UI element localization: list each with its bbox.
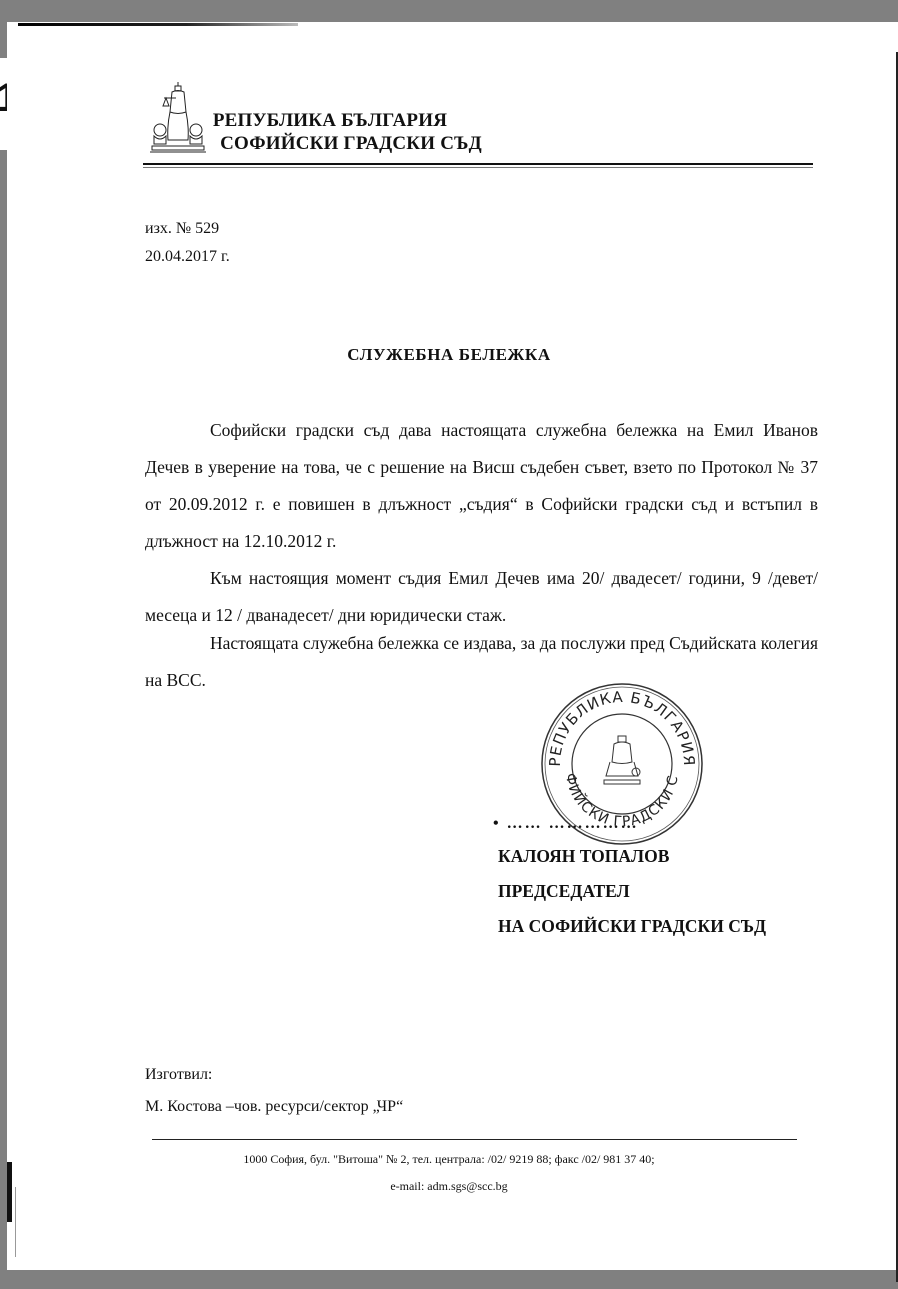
signatory-position: ПРЕДСЕДАТЕЛ	[498, 881, 630, 902]
letterhead-court: СОФИЙСКИ ГРАДСКИ СЪД	[110, 133, 592, 155]
scan-artifact-line	[15, 1187, 16, 1257]
scan-artifact-stroke	[18, 23, 298, 26]
signatory-organization: НА СОФИЙСКИ ГРАДСКИ СЪД	[498, 916, 766, 937]
prepared-by-label: Изготвил:	[145, 1066, 212, 1084]
prepared-by-person: М. Костова –чов. ресурси/сектор „ЧР“	[145, 1098, 403, 1116]
paragraph-text: Към настоящия момент съдия Емил Дечев им…	[145, 560, 818, 634]
footer-address: 1000 София, бул. "Витоша" № 2, тел. цент…	[0, 1152, 898, 1167]
svg-text:РЕПУБЛИКА БЪЛГАРИЯ: РЕПУБЛИКА БЪЛГАРИЯ	[546, 688, 698, 767]
document-title: СЛУЖЕБНА БЕЛЕЖКА	[0, 345, 898, 365]
document-date: 20.04.2017 г.	[145, 248, 230, 266]
body-paragraph-1: Софийски градски съд дава настоящата слу…	[145, 412, 818, 560]
paragraph-text: Настоящата служебна бележка се издава, з…	[145, 625, 818, 699]
footer-divider	[152, 1139, 797, 1140]
letterhead-divider-thin	[143, 167, 813, 168]
signature-line: • …… ……………	[493, 815, 639, 833]
paragraph-text: Софийски градски съд дава настоящата слу…	[145, 412, 818, 560]
body-paragraph-3: Настоящата служебна бележка се издава, з…	[145, 625, 818, 699]
outgoing-number: изх. № 529	[145, 220, 219, 238]
letterhead-divider	[143, 163, 813, 165]
footer-email: e-mail: adm.sgs@scc.bg	[0, 1179, 898, 1194]
letterhead-country: РЕПУБЛИКА БЪЛГАРИЯ	[110, 110, 550, 132]
body-paragraph-2: Към настоящия момент съдия Емил Дечев им…	[145, 560, 818, 634]
signatory-name: КАЛОЯН ТОПАЛОВ	[498, 846, 669, 867]
